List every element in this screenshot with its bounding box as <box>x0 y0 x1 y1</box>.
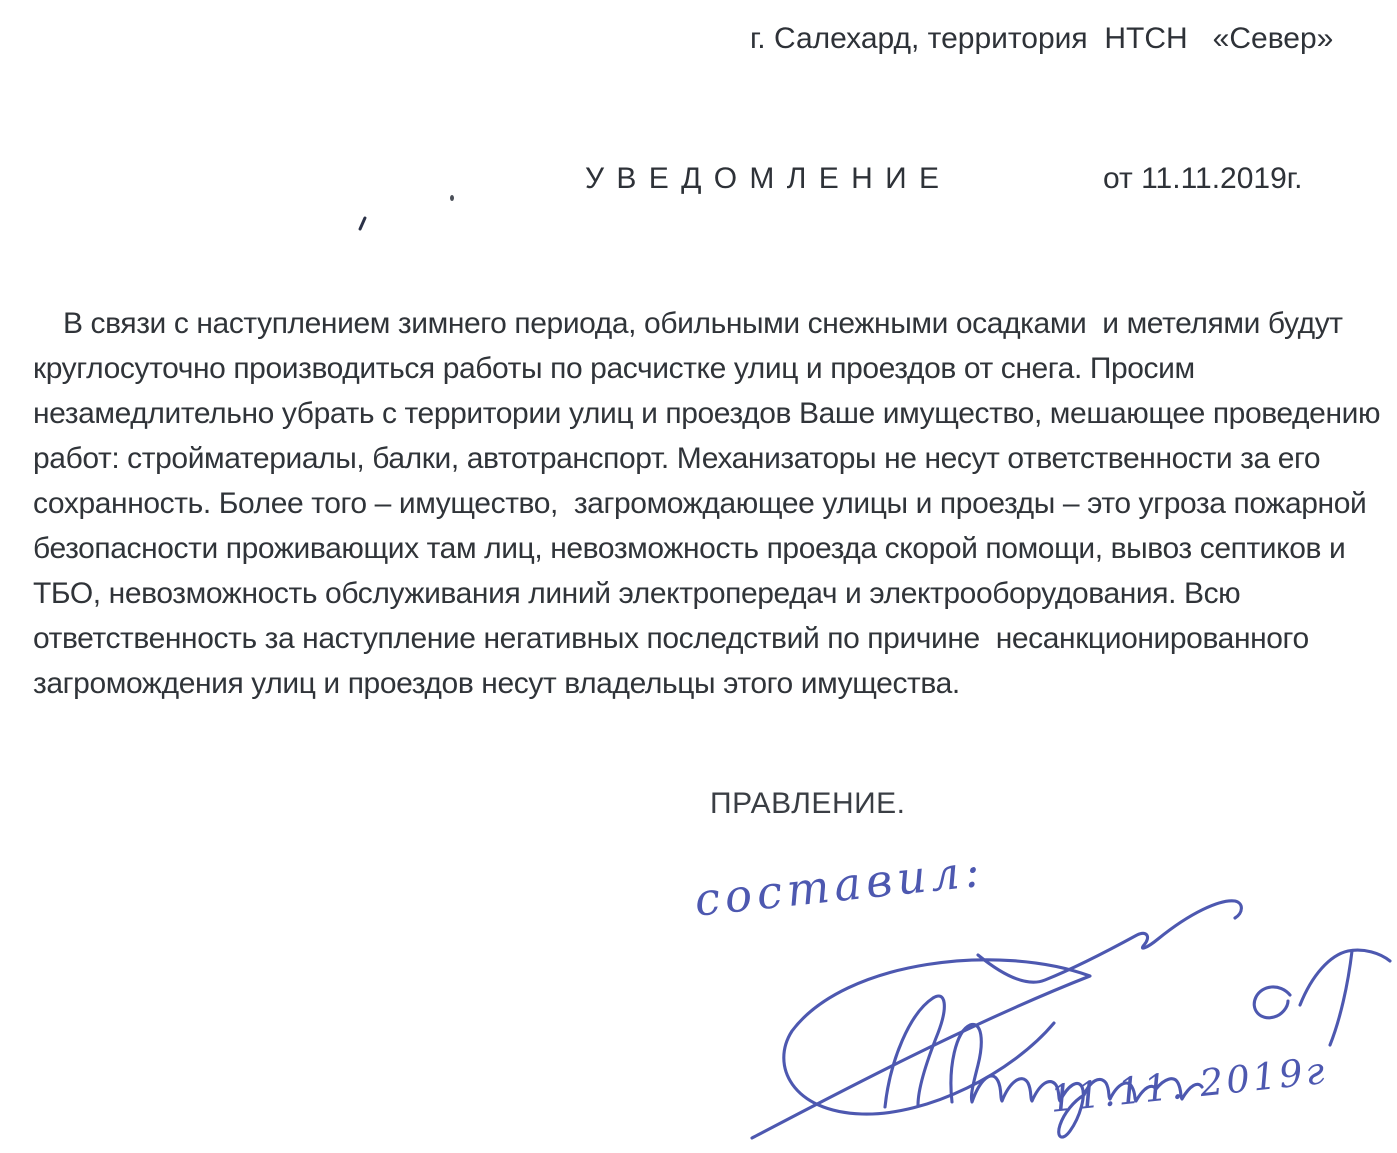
scan-artifact-speck <box>450 195 454 201</box>
body-line: В связи с наступлением зимнего периода, … <box>33 301 1380 346</box>
scanned-notification-document: г. Салехард, территория НТСН «Север» У В… <box>0 0 1397 1153</box>
body-line: круглосуточно производиться работы по ра… <box>33 346 1380 391</box>
body-line: безопасности проживающих там лиц, невозм… <box>33 526 1380 571</box>
signature-initial-stroke <box>885 996 944 1107</box>
signature-initial-c-stroke <box>1254 987 1290 1018</box>
signature <box>690 855 1397 1153</box>
body-line: загромождения улиц и проездов несут влад… <box>33 661 1380 706</box>
signature-loop-stroke <box>752 960 1090 1138</box>
location-line: г. Салехард, территория НТСН «Север» <box>750 22 1333 56</box>
body-line: работ: стройматериалы, балки, автотрансп… <box>33 436 1380 481</box>
document-title: У В Е Д О М Л Е Н И Е <box>585 162 941 196</box>
body-line: ответственность за наступление негативны… <box>33 616 1380 661</box>
signoff-board-label: ПРАВЛЕНИЕ. <box>710 787 906 821</box>
document-date: от 11.11.2019г. <box>1103 162 1302 196</box>
signature-flourish-stroke <box>978 901 1241 982</box>
body-line: сохранность. Более того – имущество, заг… <box>33 481 1380 526</box>
signature-initial-g-stem-stroke <box>1330 951 1352 1045</box>
body-line: незамедлительно убрать с территории улиц… <box>33 391 1380 436</box>
body-paragraph: В связи с наступлением зимнего периода, … <box>33 301 1380 706</box>
scan-artifact-tick <box>358 216 367 231</box>
body-line: ТБО, невозможность обслуживания линий эл… <box>33 571 1380 616</box>
